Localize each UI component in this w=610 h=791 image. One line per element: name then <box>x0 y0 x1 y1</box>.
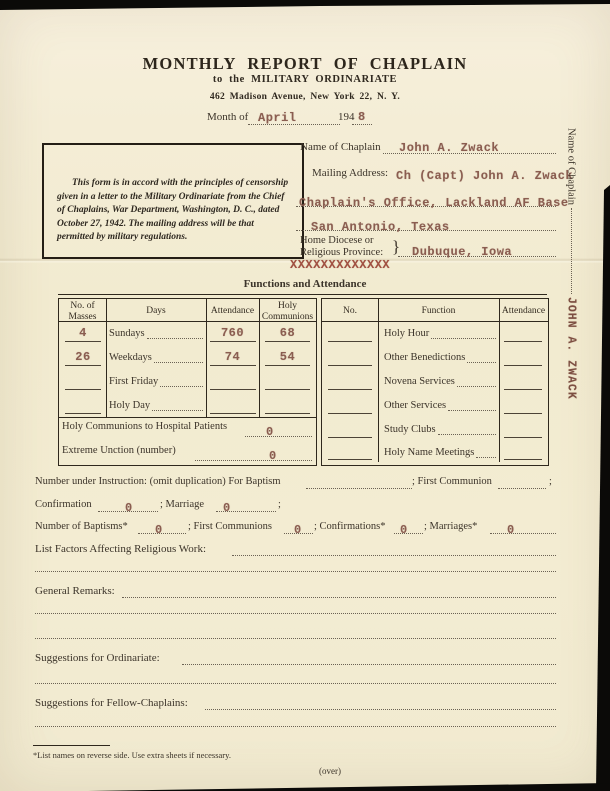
confirmations-label: ; Confirmations* <box>314 521 385 532</box>
write-line <box>65 365 101 366</box>
column-divider <box>378 299 379 462</box>
name-of-chaplain-label: Name of Chaplain <box>300 141 381 153</box>
attendance-value: 760 <box>206 326 259 340</box>
day-cell: First Friday <box>109 374 203 387</box>
col-header-function: Function <box>378 306 499 317</box>
communions-value: 68 <box>259 326 316 340</box>
col-header-attendance: Attendance <box>206 306 259 317</box>
dotted-leader <box>448 398 496 411</box>
write-line <box>65 413 101 414</box>
baptisms-label: Number of Baptisms* <box>35 521 128 532</box>
write-line <box>504 341 542 342</box>
attendance-value: 74 <box>206 350 259 364</box>
form-subtitle: to the MILITARY ORDINARIATE <box>0 74 610 85</box>
day-cell: Sundays <box>109 326 203 339</box>
dotted-leader <box>306 488 412 489</box>
write-line <box>504 413 542 414</box>
write-line <box>210 413 256 414</box>
blank-dotted-line <box>35 683 556 684</box>
form-address: 462 Madison Avenue, New York 22, N. Y. <box>0 92 610 102</box>
dotted-leader <box>195 460 312 461</box>
baptisms-value: 0 <box>155 523 163 537</box>
first-communions-value: 0 <box>294 523 302 537</box>
function-label: Holy Hour <box>384 328 429 339</box>
function-label: Other Benedictions <box>384 352 465 363</box>
dotted-leader <box>147 326 203 339</box>
blank-dotted-line <box>35 613 556 614</box>
marriages-value: 0 <box>507 523 515 537</box>
write-line <box>328 365 372 366</box>
write-line <box>504 459 542 460</box>
write-line <box>504 389 542 390</box>
communions-value: 54 <box>259 350 316 364</box>
write-line <box>210 389 256 390</box>
year-printed: 194 <box>338 111 355 123</box>
extreme-unction-label: Extreme Unction (number) <box>62 445 176 456</box>
hospital-communions-value: 0 <box>266 425 274 439</box>
dotted-leader <box>152 398 203 411</box>
month-value-typed: April <box>258 111 297 125</box>
day-label: Holy Day <box>109 400 150 411</box>
side-tab-typed-name: JOHN A. ZWACK <box>565 297 578 400</box>
masses-table: No. of Masses Days Attendance Holy Commu… <box>58 298 317 466</box>
function-cell: Study Clubs <box>384 422 496 435</box>
header-rule <box>322 321 548 322</box>
dotted-leader <box>160 374 203 387</box>
day-label: Weekdays <box>109 352 152 363</box>
function-label: Other Services <box>384 400 446 411</box>
write-line <box>65 341 101 342</box>
dotted-leader <box>394 533 423 534</box>
instruction-line1-mid: ; First Communion <box>412 476 492 487</box>
write-line <box>328 389 372 390</box>
day-cell: Holy Day <box>109 398 203 411</box>
write-line <box>265 413 310 414</box>
remarks-label: General Remarks: <box>35 585 115 597</box>
column-divider <box>499 299 500 462</box>
blank-dotted-line <box>35 638 556 639</box>
write-line <box>504 365 542 366</box>
marriage-label: ; Marriage <box>160 499 204 510</box>
scanned-document: MONTHLY REPORT OF CHAPLAIN to the MILITA… <box>0 0 610 791</box>
dotted-leader <box>154 350 203 363</box>
blank-dotted-line <box>35 571 556 572</box>
marriages-label: ; Marriages* <box>424 521 477 532</box>
col-header-attendance: Attendance <box>499 306 548 317</box>
footnote-text: *List names on reverse side. Use extra s… <box>33 750 231 760</box>
mailing-address-line1: Ch (Capt) John A. Zwack <box>396 169 573 183</box>
write-line <box>210 341 256 342</box>
typed-strikeout: XXXXXXXXXXXXX <box>290 258 390 272</box>
dotted-leader <box>182 664 556 665</box>
masses-value: 26 <box>61 350 105 364</box>
write-line <box>65 389 101 390</box>
side-name-tab: Name of Chaplain JOHN A. ZWACK <box>556 128 586 400</box>
col-header-no: No. <box>322 306 378 317</box>
dotted-leader <box>122 597 556 598</box>
col-header-days: Days <box>106 306 206 317</box>
instruction-line1-end: ; <box>549 476 552 487</box>
write-line <box>504 437 542 438</box>
function-cell: Novena Services <box>384 374 496 387</box>
col-header-communions: Holy Communions <box>259 301 316 322</box>
day-label: Sundays <box>109 328 145 339</box>
dotted-leader <box>245 436 312 437</box>
fellow-chaplains-label: Suggestions for Fellow-Chaplains: <box>35 697 188 709</box>
home-diocese-value: Dubuque, Iowa <box>412 245 512 259</box>
dotted-leader <box>498 488 546 489</box>
dotted-leader <box>205 709 556 710</box>
write-line <box>328 413 372 414</box>
day-label: First Friday <box>109 376 158 387</box>
write-line <box>265 389 310 390</box>
home-diocese-label-line1: Home Diocese or <box>300 235 373 246</box>
month-label: Month of <box>207 111 248 123</box>
confirmations-value: 0 <box>400 523 408 537</box>
ordinariate-label: Suggestions for Ordinariate: <box>35 652 160 664</box>
name-of-chaplain-value: John A. Zwack <box>399 141 499 155</box>
function-cell: Holy Hour <box>384 326 496 339</box>
dotted-leader <box>467 350 496 363</box>
function-cell: Holy Name Meetings <box>384 445 496 458</box>
masses-value: 4 <box>61 326 105 340</box>
confirmation-label: Confirmation <box>35 499 92 510</box>
footnote-rule <box>33 745 110 746</box>
dotted-leader <box>457 374 496 387</box>
dotted-leader <box>438 422 496 435</box>
table-top-rule <box>58 294 547 295</box>
functions-table: No. Function Attendance Holy Hour Other … <box>321 298 549 466</box>
write-line <box>328 437 372 438</box>
write-line <box>210 365 256 366</box>
function-cell: Other Benedictions <box>384 350 496 363</box>
year-typed: 8 <box>358 110 366 124</box>
form-title: MONTHLY REPORT OF CHAPLAIN <box>0 54 610 74</box>
dotted-leader <box>232 555 556 556</box>
first-communions-label: ; First Communions <box>188 521 272 532</box>
write-line <box>328 459 372 460</box>
censorship-notice-text: This form is in accord with the principl… <box>57 177 289 245</box>
brace-glyph: } <box>392 237 400 257</box>
extreme-unction-value: 0 <box>269 449 277 463</box>
day-cell: Weekdays <box>109 350 203 363</box>
home-diocese-label-line2: Religious Province: <box>300 247 383 258</box>
dotted-leader <box>431 326 496 339</box>
censorship-notice-box: This form is in accord with the principl… <box>42 143 304 259</box>
function-label: Novena Services <box>384 376 455 387</box>
dotted-leader <box>490 533 556 534</box>
function-label: Holy Name Meetings <box>384 447 474 458</box>
mailing-address-line2: Chaplain's Office, Lackland AF Base <box>299 196 569 210</box>
write-line <box>328 341 372 342</box>
section-title: Functions and Attendance <box>0 278 610 290</box>
marriage-value: 0 <box>223 501 231 515</box>
mailing-address-label: Mailing Address: <box>312 167 388 179</box>
write-line <box>265 365 310 366</box>
form-page: MONTHLY REPORT OF CHAPLAIN to the MILITA… <box>0 0 610 791</box>
footer-separator-rule <box>59 417 316 418</box>
instruction-line2-end: ; <box>278 499 281 510</box>
over-label: (over) <box>300 766 360 776</box>
function-label: Study Clubs <box>384 424 436 435</box>
write-line <box>265 341 310 342</box>
confirmation-value: 0 <box>125 501 133 515</box>
factors-label: List Factors Affecting Religious Work: <box>35 543 206 555</box>
col-header-masses: No. of Masses <box>59 301 106 322</box>
mailing-address-line3: San Antonio, Texas <box>311 220 450 234</box>
column-divider <box>106 299 107 417</box>
instruction-line1-label: Number under Instruction: (omit duplicat… <box>35 476 281 487</box>
side-tab-label: Name of Chaplain <box>566 128 577 205</box>
dotted-leader <box>476 445 496 458</box>
dotted-leader <box>352 124 372 125</box>
hospital-communions-label: Holy Communions to Hospital Patients <box>62 421 227 432</box>
function-cell: Other Services <box>384 398 496 411</box>
blank-dotted-line <box>35 726 556 727</box>
